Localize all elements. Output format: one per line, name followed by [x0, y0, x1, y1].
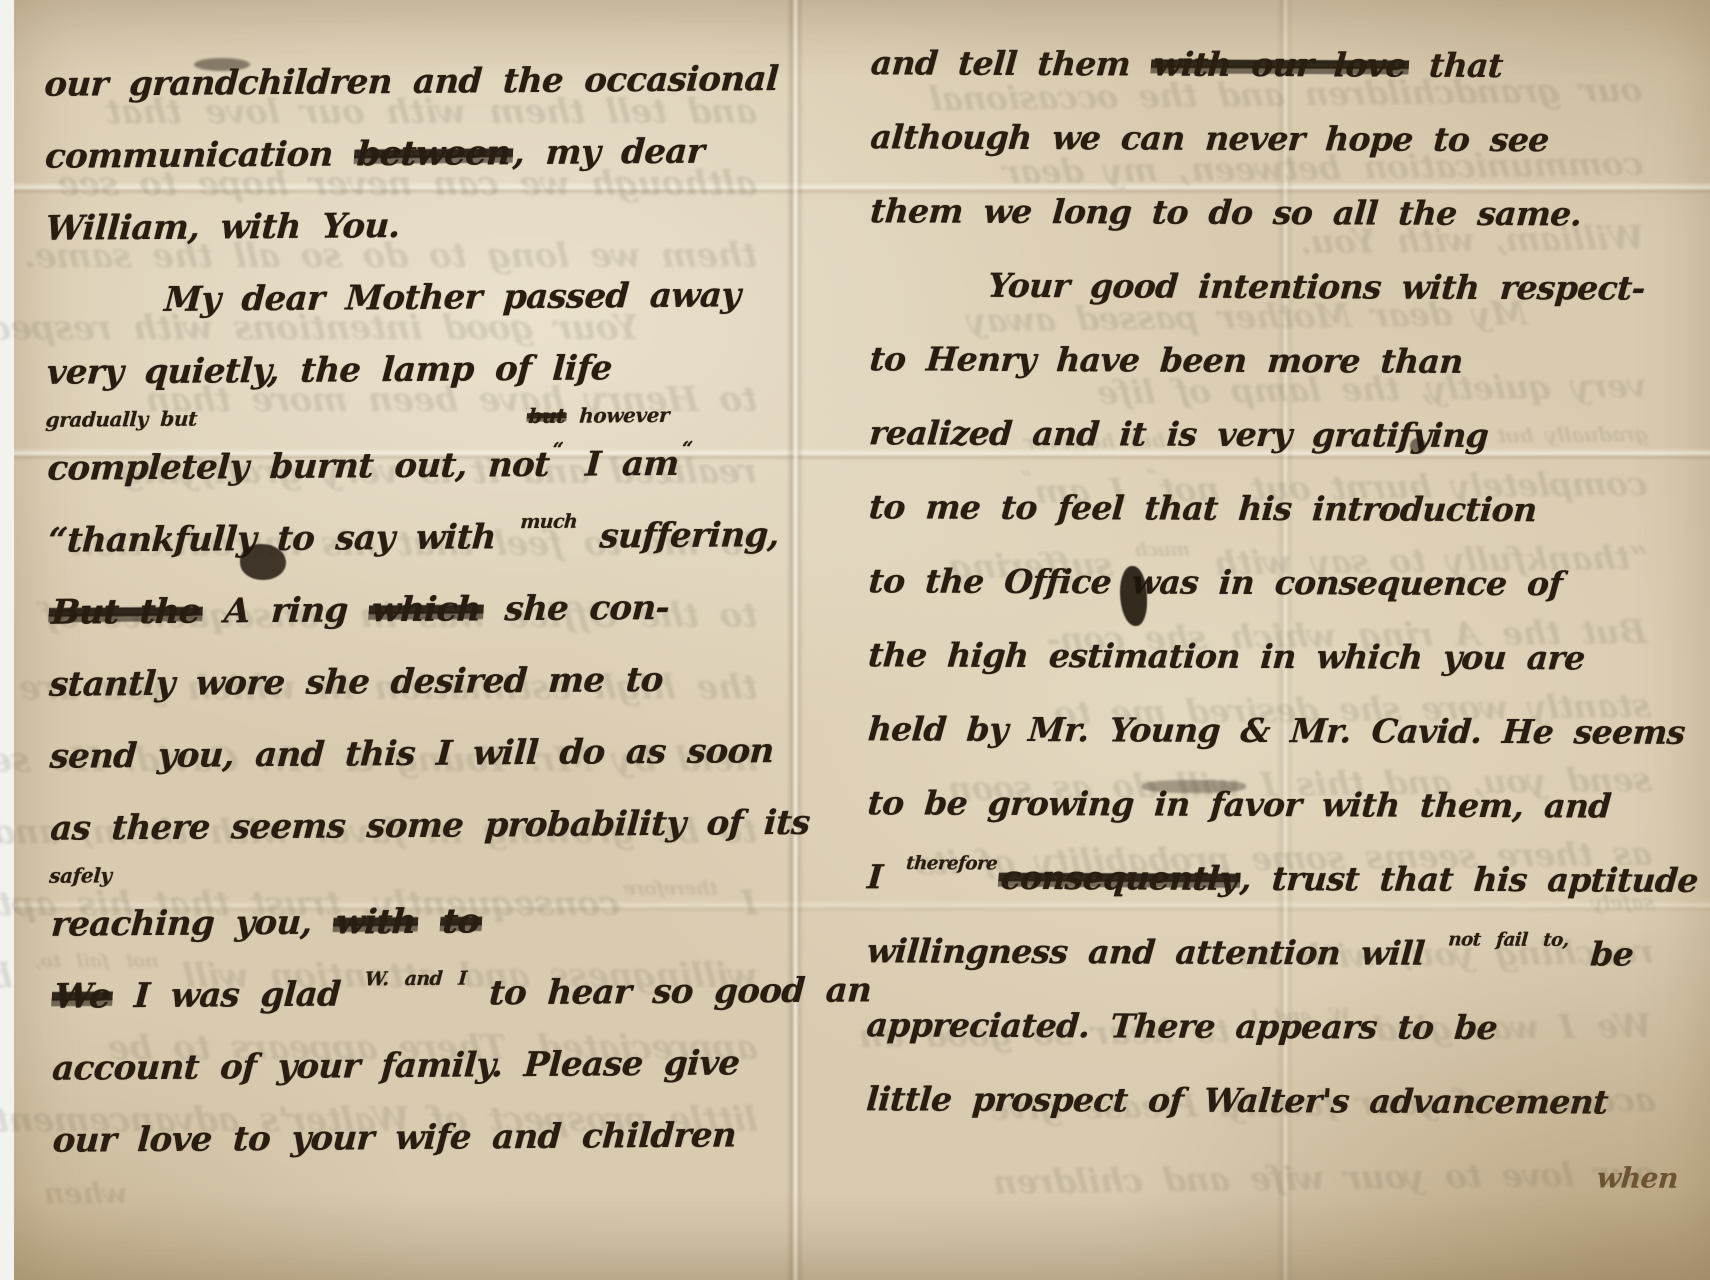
text-segment: appreciated. There appears to be — [865, 1005, 1498, 1047]
handwritten-text-block: and tell them with our love thatalthough… — [811, 0, 1706, 1214]
text-segment: although we can never hope to see — [869, 117, 1550, 159]
letter-line: and tell them with our love that — [868, 26, 1710, 104]
letter-line: to be growing in favor with them, and — [865, 766, 1708, 844]
inserted-text: W. and I — [364, 970, 467, 990]
letter-line: little prospect of Walter's advancement — [864, 1062, 1707, 1140]
struck-out-text: which — [368, 589, 485, 630]
text-segment: send you, and this I will do as soon — [49, 731, 775, 777]
letter-line: But the A ring which she con- — [46, 571, 790, 649]
text-segment: safely — [49, 863, 113, 888]
letter-line: My dear Mother passed away — [44, 259, 788, 337]
letter-line: communication between, my dear — [43, 115, 787, 193]
letter-line: realized and it is very gratifying — [867, 396, 1710, 474]
text-segment: willingness and attention will — [866, 931, 1447, 973]
struck-out-text: consequently — [997, 858, 1242, 898]
text-segment: them we long to do so all the same. — [869, 191, 1583, 233]
letter-line: willingness and attention will not fail … — [864, 914, 1707, 992]
text-segment: however — [566, 403, 670, 428]
text-segment: William, with You. — [44, 206, 401, 249]
letter-line: I thereforeconsequently, trust that his … — [865, 840, 1708, 918]
letter-line: to Henry have been more than — [867, 322, 1710, 400]
text-segment: to be growing in favor with them, and — [866, 783, 1612, 825]
struck-out-text: but — [526, 404, 567, 428]
text-segment: held by Mr. Young & Mr. Cavid. He seems — [867, 709, 1687, 752]
text-segment: I — [866, 857, 904, 896]
inserted-text: “ — [552, 441, 563, 460]
letter-page-right: our grandchildren and the occasionalcomm… — [814, 0, 1704, 1280]
struck-out-text: But the — [47, 592, 203, 633]
inserted-text: “ — [681, 440, 692, 459]
inserted-text: much — [520, 513, 578, 533]
text-segment — [417, 902, 441, 942]
text-segment: stantly wore she desired me to — [48, 660, 664, 705]
text-segment: realized and it is very gratifying — [868, 413, 1490, 455]
text-segment: reaching you, — [50, 903, 334, 945]
letter-line: completely burnt out, not“ I am“ — [45, 427, 789, 505]
text-segment: be — [1568, 934, 1634, 973]
text-segment: our love to your wife and children — [52, 1115, 738, 1160]
letter-line: stantly wore she desired me to — [47, 643, 791, 721]
text-segment: very quietly, the lamp of life — [46, 348, 613, 392]
handwritten-text-block: our grandchildren and the occasionalcomm… — [15, 0, 790, 1177]
inserted-text: not fail to, — [1448, 931, 1570, 950]
letter-line: held by Mr. Young & Mr. Cavid. He seems — [865, 692, 1708, 770]
letter-line: appreciated. There appears to be — [864, 988, 1707, 1066]
text-segment: to the Office was in consequence of — [867, 561, 1563, 603]
letter-scan: and tell them with our love thatalthough… — [0, 0, 1710, 1280]
letter-sheet: and tell them with our love thatalthough… — [14, 0, 1710, 1280]
text-segment: gradually but — [45, 407, 198, 432]
letter-line: to me to feel that his introduction — [866, 470, 1709, 548]
letter-line: although we can never hope to see — [868, 100, 1710, 178]
text-segment: to me to feel that his introduction — [868, 487, 1538, 529]
text-segment: and tell them — [870, 43, 1153, 83]
letter-line: them we long to do so all the same. — [868, 174, 1710, 252]
struck-out-text: to — [439, 901, 484, 941]
text-segment: completely burnt out, not — [46, 445, 550, 489]
text-segment: My dear Mother passed away — [163, 275, 742, 320]
text-segment: suffering, — [577, 515, 780, 557]
text-segment: , trust that his aptitude — [1239, 859, 1699, 900]
text-segment: A ring — [201, 590, 370, 631]
letter-line: Your good intentions with respect- — [867, 248, 1710, 326]
text-segment: little prospect of Walter's advancement — [865, 1079, 1609, 1121]
text-segment: she con- — [482, 588, 670, 629]
struck-out-text: We — [50, 976, 114, 1017]
letter-line: our grandchildren and the occasional — [42, 43, 786, 121]
text-segment: as there seems some probability of its — [49, 803, 811, 849]
text-segment: the high estimation in which you are — [867, 635, 1586, 677]
text-segment: our grandchildren and the occasional — [43, 59, 779, 105]
struck-out-text: between — [353, 133, 515, 174]
text-segment: communication — [44, 134, 355, 176]
text-segment: I was glad — [112, 974, 363, 1016]
letter-line: to the Office was in consequence of — [866, 544, 1709, 622]
text-segment: account of your family. Please give — [51, 1043, 741, 1088]
text-segment: “thankfully to say with — [47, 517, 518, 561]
letter-line: very quietly, the lamp of life — [45, 331, 789, 409]
letter-line: when — [863, 1136, 1706, 1214]
text-segment: Your good intentions with respect- — [987, 266, 1647, 308]
letter-line: our love to your wife and children — [51, 1099, 795, 1177]
text-segment: I am — [563, 444, 680, 485]
text-segment: that — [1407, 46, 1504, 85]
letter-line: account of your family. Please give — [50, 1027, 794, 1105]
letter-line: send you, and this I will do as soon — [48, 715, 792, 793]
ghost-writing: when — [43, 1176, 129, 1210]
text-segment: , my dear — [512, 132, 705, 174]
letter-line: We I was glad W. and I to hear so good a… — [49, 955, 793, 1033]
text-segment: to Henry have been more than — [868, 339, 1464, 381]
struck-out-text: with — [332, 902, 420, 943]
letter-line: as there seems some probability of its — [48, 787, 792, 865]
letter-line: William, with You. — [43, 187, 787, 265]
letter-line: “thankfully to say with much suffering, — [46, 499, 790, 577]
catchword: when — [1596, 1160, 1680, 1194]
inserted-text: therefore — [905, 855, 997, 874]
struck-out-text: with our love — [1149, 45, 1410, 85]
letter-page-left: and tell them with our love thatalthough… — [20, 0, 786, 1280]
letter-line: reaching you, with to — [49, 883, 793, 961]
letter-line: the high estimation in which you are — [866, 618, 1709, 696]
